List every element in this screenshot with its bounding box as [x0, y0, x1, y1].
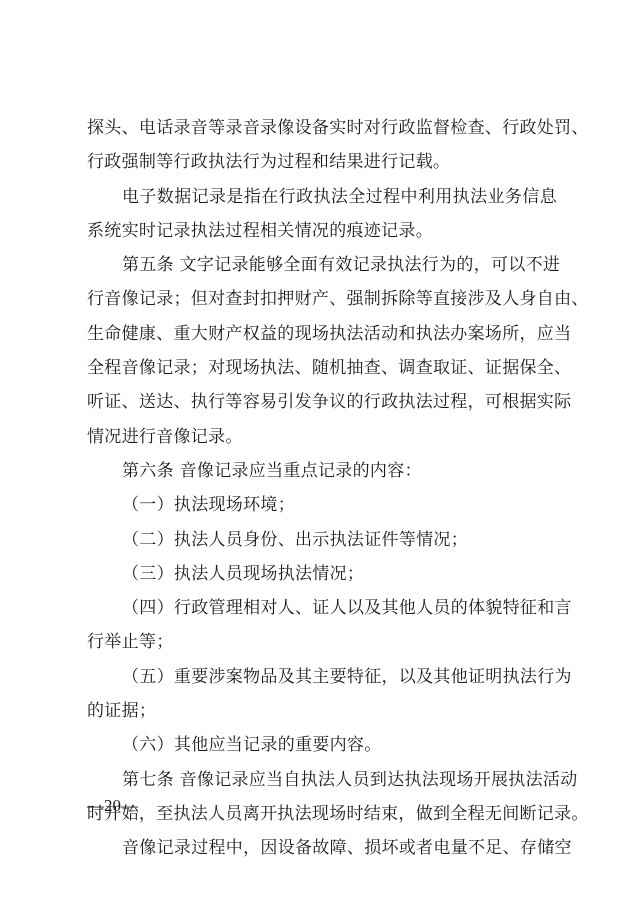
text-line: （三）执法人员现场执法情况；: [87, 557, 557, 591]
text-line: 系统实时记录执法过程相关情况的痕迹记录。: [87, 214, 557, 248]
text-line: 行音像记录；但对查封扣押财产、强制拆除等直接涉及人身自由、: [87, 282, 557, 316]
text-line: （四）行政管理相对人、证人以及其他人员的体貌特征和言: [87, 591, 557, 625]
text-line: 全程音像记录；对现场执法、随机抽查、调查取证、证据保全、: [87, 351, 557, 385]
document-body: 探头、电话录音等录音录像设备实时对行政监督检查、行政处罚、 行政强制等行政执法行…: [87, 111, 557, 866]
text-line: 行举止等；: [87, 625, 557, 659]
text-line: 探头、电话录音等录音录像设备实时对行政监督检查、行政处罚、: [87, 111, 557, 145]
text-line: 第七条 音像记录应当自执法人员到达执法现场开展执法活动: [87, 763, 557, 797]
text-line: （二）执法人员身份、出示执法证件等情况；: [87, 523, 557, 557]
text-line: 情况进行音像记录。: [87, 420, 557, 454]
text-line: 行政强制等行政执法行为过程和结果进行记载。: [87, 145, 557, 179]
text-line: 时开始，至执法人员离开执法现场时结束，做到全程无间断记录。: [87, 797, 557, 831]
text-line: （六）其他应当记录的重要内容。: [87, 728, 557, 762]
text-line: 电子数据记录是指在行政执法全过程中利用执法业务信息: [87, 180, 557, 214]
text-line: （五）重要涉案物品及其主要特征，以及其他证明执法行为: [87, 660, 557, 694]
text-line: 听证、送达、执行等容易引发争议的行政执法过程，可根据实际: [87, 385, 557, 419]
page-number: —20—: [87, 796, 138, 816]
text-line: 音像记录过程中，因设备故障、损坏或者电量不足、存储空: [87, 831, 557, 865]
text-line: 的证据；: [87, 694, 557, 728]
text-line: 生命健康、重大财产权益的现场执法活动和执法办案场所，应当: [87, 317, 557, 351]
text-line: 第五条 文字记录能够全面有效记录执法行为的，可以不进: [87, 248, 557, 282]
text-line: （一）执法现场环境；: [87, 488, 557, 522]
text-line: 第六条 音像记录应当重点记录的内容：: [87, 454, 557, 488]
